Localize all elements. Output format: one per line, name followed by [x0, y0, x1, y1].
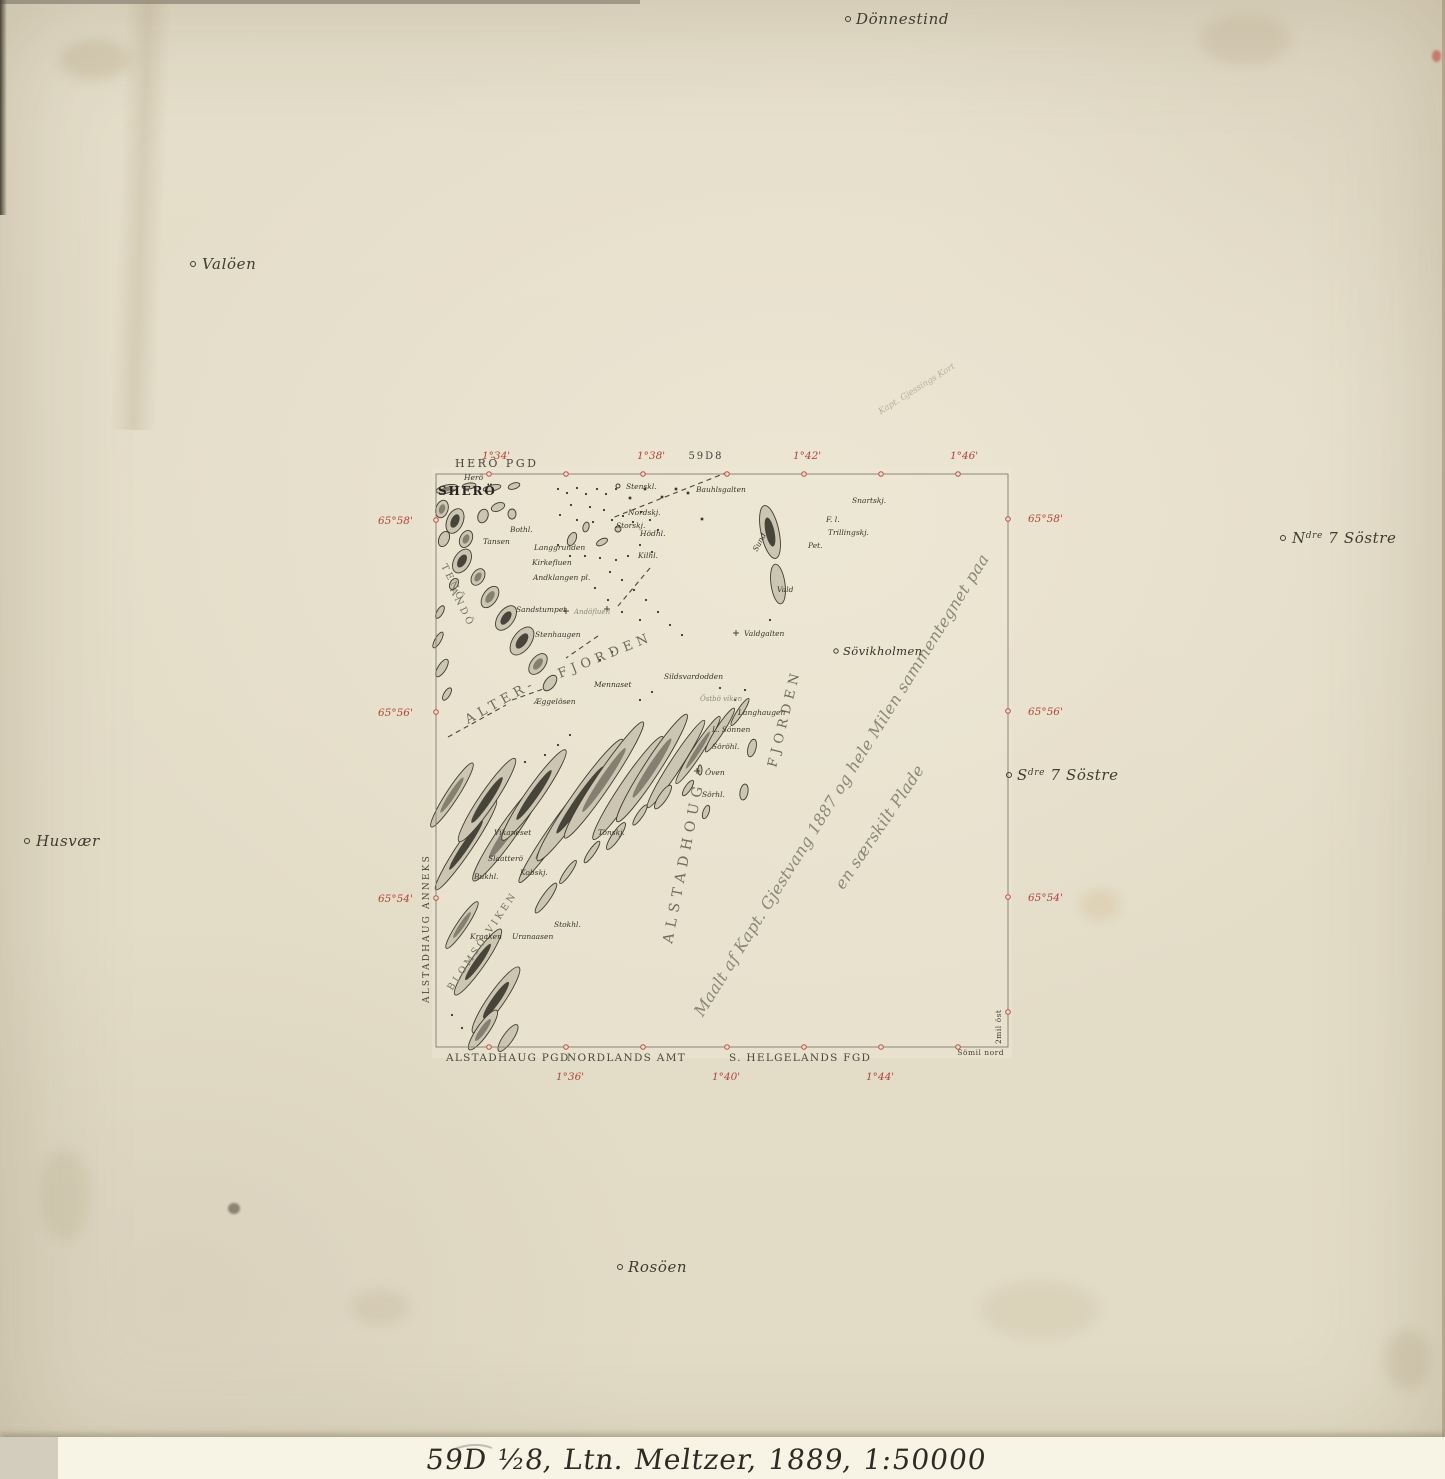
- island-shape: [496, 745, 572, 844]
- island-relief: [461, 533, 471, 545]
- island-shape: [442, 899, 482, 951]
- island-shape: [448, 577, 461, 591]
- water-ando: ANDÖ: [447, 585, 477, 629]
- skerry-dot: [609, 571, 611, 573]
- island-shape: [464, 1007, 501, 1053]
- island-shape: [483, 483, 502, 493]
- marker-circle: [846, 17, 851, 22]
- island-shape: [558, 859, 579, 885]
- island-relief: [455, 553, 469, 569]
- edge-label-alstadhaug-anneks: ALSTADHAUG ANNEKS: [422, 854, 432, 1004]
- island-shape: [457, 528, 476, 549]
- island-relief: [531, 657, 545, 672]
- island-shape: [530, 734, 630, 866]
- title-strip-corner: [0, 1437, 58, 1479]
- skerry-square: [661, 496, 664, 499]
- island-relief: [579, 746, 629, 814]
- lon-top-1: 1°38': [637, 450, 665, 462]
- place-label: Kobskj.: [519, 868, 548, 877]
- skerry-dot: [621, 579, 623, 581]
- label-sdre-7-sostre: Sdre 7 Söstre: [1017, 766, 1119, 784]
- island-shape: [643, 717, 710, 811]
- map-overlay: Dönnestind Valöen Husvær Ndre 7 Söstre S…: [0, 0, 1445, 1479]
- island-shape: [702, 706, 737, 754]
- skerry-dot: [607, 599, 609, 601]
- lon-bottom-1: 1°40': [712, 1071, 740, 1083]
- skerry-dot: [592, 521, 594, 523]
- lon-top-2: 1°42': [793, 450, 821, 462]
- place-label: Kirkefluen: [531, 558, 572, 567]
- skerry-dot: [576, 519, 578, 521]
- island-relief: [483, 590, 496, 605]
- island-relief: [451, 911, 472, 939]
- stain: [350, 1290, 410, 1325]
- water-fjorden-east: FJORDEN: [765, 667, 804, 769]
- skerry-dot: [639, 699, 641, 701]
- mil-east-note: 2mil öst: [994, 1010, 1003, 1044]
- island-shape: [541, 673, 560, 693]
- skerry-dot: [719, 687, 721, 689]
- island-shape: [449, 546, 476, 577]
- island-relief: [553, 764, 607, 836]
- island-shape: [426, 760, 477, 830]
- boundary-dash: [512, 688, 546, 700]
- label-donnestind: Dönnestind: [855, 10, 949, 28]
- place-label: Hödhl.: [639, 529, 665, 538]
- island-relief: [463, 942, 494, 982]
- island-shape: [441, 686, 454, 701]
- skerry-dot: [599, 659, 601, 661]
- skerry-dot: [544, 754, 546, 756]
- island-shape: [582, 521, 590, 532]
- place-label: Andklangen pl.: [532, 573, 590, 582]
- island-shape: [565, 531, 578, 547]
- graticule-tick: [487, 1045, 492, 1050]
- skerry-dot: [645, 599, 647, 601]
- island-shape: [495, 1022, 522, 1054]
- boundary-dash: [448, 705, 506, 737]
- island-shape: [434, 604, 446, 619]
- island-shape: [507, 481, 520, 490]
- survey-note-line2: en særskilt Plade: [831, 761, 928, 892]
- place-label: Langgrunden: [533, 543, 585, 552]
- pencil-note: Kapt. Gjessings Kort: [876, 361, 958, 417]
- island-relief: [513, 631, 531, 651]
- graticule-tick: [641, 1045, 646, 1050]
- island-shape: [514, 774, 599, 887]
- skerry-dot: [639, 619, 641, 621]
- skerry-square: [701, 518, 704, 521]
- place-label: Valdgalten: [744, 629, 785, 638]
- island-shape: [431, 631, 445, 650]
- label-part: 7 Söstre: [1323, 529, 1397, 547]
- place-markers: [25, 17, 1286, 1270]
- island-shape: [490, 501, 506, 514]
- island-shape: [462, 482, 477, 490]
- island-shape: [532, 881, 559, 915]
- skerry-dot: [461, 1027, 463, 1029]
- island-shape: [701, 804, 711, 819]
- skerry-dot: [605, 493, 607, 495]
- place-label: Æggelösen: [533, 697, 576, 706]
- boundary-dash: [612, 472, 728, 518]
- island-shape: [680, 779, 695, 797]
- island-shape: [449, 925, 506, 999]
- edge-label-alstadhaug-pgd: ALSTADHAUG PGD: [445, 1052, 570, 1064]
- paper-edge-top: [0, 0, 640, 4]
- place-label: Nordskj.: [627, 508, 661, 517]
- place-label: Stenskl.: [626, 482, 657, 491]
- graticule-tick: [434, 896, 439, 901]
- place-label-shero: SHERÖ: [438, 482, 497, 498]
- lat-right-0: 65°58': [1028, 513, 1063, 525]
- place-label: Uranaasen: [512, 932, 553, 941]
- skerry-dot: [576, 487, 578, 489]
- island-shape: [729, 697, 751, 727]
- island-shape: [505, 623, 538, 659]
- graticule-tick: [564, 472, 569, 477]
- skerry-dot: [557, 744, 559, 746]
- graticule-tick: [725, 1045, 730, 1050]
- graticule-tick: [1006, 517, 1011, 522]
- label-husvaer: Husvær: [35, 832, 100, 850]
- graticule-tick: [956, 472, 961, 477]
- marker-circle: [834, 649, 838, 653]
- place-label: Sörhl.: [702, 790, 725, 799]
- skerry-square: [644, 488, 647, 491]
- island-shape: [652, 783, 674, 811]
- skerry-dot: [599, 557, 601, 559]
- label-part: S: [1017, 766, 1028, 784]
- skerry-dot: [557, 544, 559, 546]
- island-shape: [435, 483, 458, 495]
- island-shape: [768, 563, 787, 605]
- skerry-dot: [681, 634, 683, 636]
- island-shape: [466, 774, 552, 886]
- graticule-tick: [879, 472, 884, 477]
- water-alstadhoug: ALSTADHOUG: [660, 779, 707, 946]
- island-shape: [468, 566, 488, 588]
- island-shape: [756, 504, 785, 561]
- marker-circle: [618, 1265, 623, 1270]
- island-relief: [684, 730, 712, 770]
- label-ndre-7-sostre: Ndre 7 Söstre: [1291, 529, 1397, 547]
- skerry-dot: [769, 619, 771, 621]
- label-part-sup: dre: [1306, 531, 1323, 541]
- graticule-tick: [564, 1045, 569, 1050]
- skerry-dot: [657, 611, 659, 613]
- island-shape: [746, 738, 758, 757]
- place-label: F. l.: [825, 515, 840, 524]
- skerry-dot: [651, 691, 653, 693]
- skerry-dot: [557, 488, 559, 490]
- boundary-dash: [618, 568, 650, 606]
- skerry-dot: [603, 509, 605, 511]
- label-part-sup: dre: [1028, 768, 1045, 778]
- marker-circle: [191, 262, 196, 267]
- mil-north-note: Sömil nord: [957, 1048, 1004, 1057]
- island-relief: [473, 571, 483, 583]
- skerry-dot: [585, 493, 587, 495]
- place-label: Kilhl.: [637, 551, 658, 560]
- skerry-dot: [669, 624, 671, 626]
- place-label: Sildsvardodden: [664, 672, 723, 681]
- graticule-ticks: [434, 472, 1011, 1050]
- place-label: Söröhl.: [712, 742, 739, 751]
- place-label: Stokhl.: [554, 920, 581, 929]
- skerry-dot: [524, 761, 526, 763]
- edge-label-hero-pgd: HERÖ PGD: [455, 456, 538, 470]
- skerry-dot: [640, 511, 642, 513]
- island-shape: [595, 537, 608, 548]
- island-shape: [582, 840, 602, 865]
- skerry-dot: [633, 589, 635, 591]
- skerry-dot: [569, 734, 571, 736]
- lat-right-1: 65°56': [1028, 706, 1063, 718]
- place-label: Langhaugen: [737, 708, 785, 717]
- island-shape: [434, 499, 451, 520]
- island-shape: [631, 803, 649, 826]
- title-strip: [0, 1437, 1445, 1479]
- island-shape: [610, 710, 693, 826]
- graticule-tick: [1006, 709, 1011, 714]
- island-relief: [441, 486, 453, 493]
- island-relief: [448, 513, 461, 529]
- sheet-id: 59D8: [688, 451, 723, 462]
- graticule-tick: [641, 472, 646, 477]
- island-shape: [672, 714, 724, 787]
- place-label: Öven: [705, 768, 725, 777]
- place-label: Vikaneset: [494, 828, 532, 837]
- skerry-dot: [639, 544, 641, 546]
- place-label: Bauhlsgalten: [695, 485, 746, 494]
- skerry-marks: [451, 487, 771, 1029]
- island-shape: [467, 963, 526, 1038]
- skerry-dot: [611, 651, 613, 653]
- place-label: Sund: [751, 531, 768, 553]
- marker-circle: [616, 484, 620, 488]
- place-label: Herö: [463, 473, 484, 482]
- graticule-tick: [802, 1045, 807, 1050]
- label-rosoen: Rosöen: [627, 1258, 687, 1276]
- place-label: Tansen: [483, 537, 510, 546]
- island-shape: [452, 754, 521, 846]
- island-relief: [486, 799, 532, 860]
- stain: [40, 1150, 90, 1240]
- island-shape: [491, 602, 520, 634]
- island-shape: [508, 509, 516, 519]
- island-shape: [558, 717, 650, 842]
- skerry-dot: [589, 506, 591, 508]
- island-relief: [446, 818, 485, 871]
- place-label: Bothl.: [509, 525, 533, 534]
- island-relief: [438, 776, 466, 814]
- graticule-tick: [1006, 1010, 1011, 1015]
- graticule-tick: [802, 472, 807, 477]
- boundary-dashes: [448, 472, 728, 737]
- island-relief: [629, 736, 674, 799]
- island-shape: [615, 526, 621, 532]
- skerry-dot: [451, 1014, 453, 1016]
- edge-label-nordlands-amt: NORDLANDS AMT: [567, 1052, 686, 1064]
- graticule-tick: [434, 518, 439, 523]
- island-shape: [587, 732, 670, 844]
- skerry-dot: [594, 587, 596, 589]
- place-label: Stenhaugen: [535, 630, 581, 639]
- water-fjorden-west: FJORDEN: [556, 630, 655, 682]
- place-label: Östbö viken: [700, 694, 743, 703]
- scanned-map-sheet: Dönnestind Valöen Husvær Ndre 7 Söstre S…: [0, 0, 1445, 1479]
- island-relief: [438, 503, 447, 514]
- lat-left-2: 65°54': [378, 893, 413, 905]
- graticule-tick: [956, 1045, 961, 1050]
- place-label: Slaatterö: [488, 854, 524, 863]
- place-label-sovikholmen: Sövikholmen: [843, 644, 922, 658]
- skerry-dot: [632, 521, 634, 523]
- lon-bottom-2: 1°44': [866, 1071, 894, 1083]
- place-label: L. Sönnen: [711, 725, 751, 734]
- skerry-dot: [570, 504, 572, 506]
- map-frame: [436, 474, 1008, 1047]
- skerry-dot: [627, 555, 629, 557]
- island-relief: [480, 980, 512, 1021]
- marker-circle: [25, 839, 30, 844]
- water-alter: ALTER-: [462, 676, 540, 728]
- island-shape: [698, 765, 702, 775]
- skerry-dot: [596, 488, 598, 490]
- skerry-dot: [621, 611, 623, 613]
- place-label: Bukhl.: [473, 872, 499, 881]
- island-shape: [442, 506, 467, 536]
- lat-left-0: 65°58': [378, 515, 413, 527]
- lon-bottom-0: 1°36': [556, 1071, 584, 1083]
- graticule-tick: [487, 472, 492, 477]
- skerry-dot: [611, 519, 613, 521]
- island-shape: [436, 530, 452, 549]
- place-label: Trillingskj.: [828, 528, 869, 537]
- place-label: Andöfluen: [573, 608, 611, 616]
- skerry-dot: [559, 514, 561, 516]
- water-blomso-viken: BLOMSÖ-VIKEN: [445, 889, 520, 993]
- label-part: N: [1291, 529, 1306, 547]
- skerry-dot: [622, 515, 624, 517]
- island-shapes: [426, 481, 787, 1054]
- stain: [1080, 890, 1120, 920]
- lat-right-2: 65°54': [1028, 892, 1063, 904]
- skerry-dot: [734, 699, 736, 701]
- skerry-square: [687, 492, 690, 495]
- place-label: Storskj.: [616, 521, 645, 530]
- skerry-square: [675, 488, 678, 491]
- stain: [980, 1280, 1100, 1340]
- skerry-dot: [744, 689, 746, 691]
- place-label: Snartskj.: [852, 496, 886, 505]
- island-relief: [473, 1017, 493, 1042]
- place-label: Vald: [777, 585, 794, 594]
- graticule-tick: [1006, 895, 1011, 900]
- skerry-dot: [584, 555, 586, 557]
- island-shape: [604, 820, 629, 851]
- island-shape: [525, 650, 551, 678]
- label-valoen: Valöen: [202, 255, 256, 273]
- skerry-dot: [566, 492, 568, 494]
- island-relief: [468, 775, 505, 825]
- skerry-dot: [615, 559, 617, 561]
- place-label: Mennaset: [593, 680, 633, 689]
- water-teno: TENÖ: [438, 562, 467, 604]
- island-shape: [430, 796, 502, 893]
- engraved-sheet: [432, 468, 1012, 1058]
- skerry-dot: [657, 529, 659, 531]
- island-shape: [476, 508, 490, 525]
- skerry-dot: [615, 488, 617, 490]
- boundary-dash: [566, 636, 598, 658]
- island-relief: [763, 517, 778, 548]
- graticule-tick: [434, 710, 439, 715]
- label-part: 7 Söstre: [1045, 766, 1119, 784]
- edge-label-helgelands-fgd: S. HELGELANDS FGD: [729, 1052, 871, 1064]
- paper-edge-left: [0, 0, 7, 215]
- graticule-tick: [879, 1045, 884, 1050]
- stain: [1385, 1330, 1430, 1390]
- place-label: Sandstumpet: [516, 605, 567, 614]
- island-relief: [533, 799, 579, 861]
- ink-dot: [228, 1203, 240, 1214]
- island-shape: [739, 783, 750, 800]
- skerry-dot: [569, 555, 571, 557]
- graticule-tick: [725, 472, 730, 477]
- survey-note-line1: Maalt af Kapt. Gjestvang 1887 og hele Mi…: [689, 551, 993, 1021]
- island-relief: [513, 768, 554, 822]
- island-shape: [477, 583, 502, 611]
- place-label: Kraaken: [469, 932, 502, 941]
- island-relief: [498, 609, 514, 626]
- skerry-dot: [649, 519, 651, 521]
- marker-circle: [1281, 536, 1286, 541]
- skerry-square: [629, 497, 632, 500]
- island-shape: [433, 657, 450, 678]
- place-label: Tönskj.: [598, 828, 625, 837]
- lon-top-3: 1°46': [950, 450, 978, 462]
- place-label: Pet.: [807, 541, 823, 550]
- skerry-dot: [651, 551, 653, 553]
- stain: [1200, 15, 1290, 65]
- red-speck: [1432, 50, 1441, 62]
- marker-circle: [1007, 773, 1012, 778]
- lon-top-0: 1°34': [482, 450, 510, 462]
- stain: [60, 40, 130, 80]
- lat-left-1: 65°56': [378, 707, 413, 719]
